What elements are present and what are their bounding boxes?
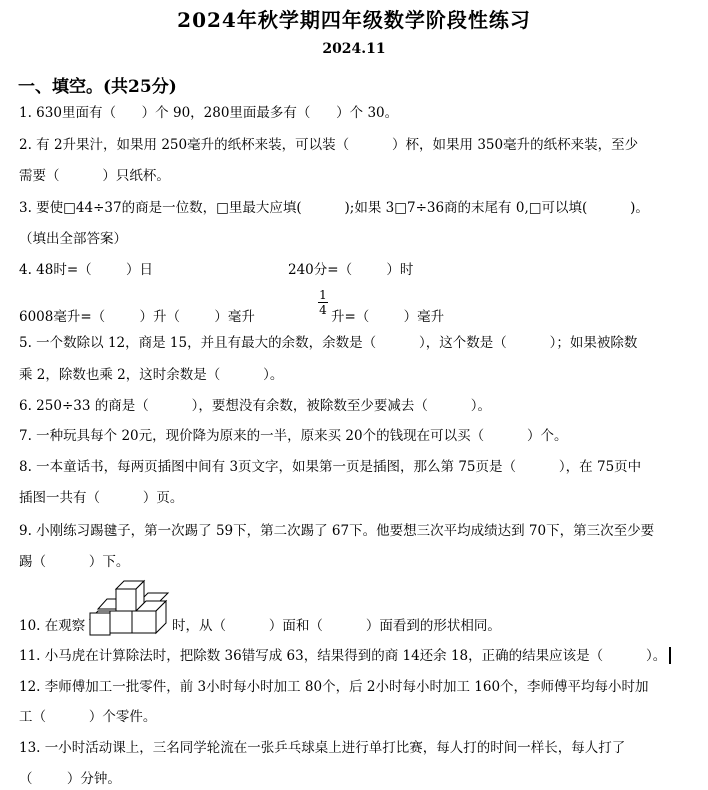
- question-9-line-1: 9. 小刚练习踢毽子，第一次踢了 59下，第二次踢了 67下。他要想三次平均成绩…: [19, 522, 654, 540]
- question-2-line-2: 需要（ ）只纸杯。: [19, 167, 170, 185]
- question-13-line-1: 13. 一小时活动课上，三名同学轮流在一张乒乓球桌上进行单打比赛，每人打的时间一…: [19, 739, 625, 757]
- fraction-numerator: 1: [319, 288, 327, 302]
- fraction-denominator: 4: [319, 303, 327, 317]
- question-10-prefix: 10. 在观察: [19, 617, 85, 635]
- question-1: 1. 630里面有（ ）个 90，280里面最多有（ ）个 30。: [19, 104, 398, 122]
- question-8-line-1: 8. 一本童话书，每两页插图中间有 3页文字，如果第一页是插图，那么第 75页是…: [19, 458, 641, 476]
- page-title: 2024年秋学期四年级数学阶段性练习: [0, 4, 708, 33]
- exam-date: 2024.11: [0, 41, 708, 57]
- question-7: 7. 一种玩具每个 20元，现价降为原来的一半，原来买 20个的钱现在可以买（ …: [19, 427, 568, 445]
- question-4-line-2a: 6008毫升=（ ）升（ ）毫升: [19, 308, 255, 326]
- text-cursor: [669, 647, 671, 664]
- cube-stack-figure: [86, 577, 172, 639]
- question-8-line-2: 插图一共有（ ）页。: [19, 489, 183, 507]
- question-13-line-2: （ ）分钟。: [19, 770, 121, 788]
- question-4-line-1b: 240分=（ ）时: [288, 261, 413, 279]
- section-heading: 一、填空。(共25分): [18, 72, 177, 97]
- question-3-line-1: 3. 要使□44÷37的商是一位数，□里最大应填( );如果 3□7÷36商的末…: [19, 199, 649, 217]
- question-11: 11. 小马虎在计算除法时，把除数 36错写成 63，结果得到的商 14还余 1…: [19, 647, 666, 665]
- question-10-suffix: 时，从（ ）面和（ ）面看到的形状相同。: [172, 617, 501, 635]
- question-2-line-1: 2. 有 2升果汁，如果用 250毫升的纸杯来装，可以装（ ）杯，如果用 350…: [19, 136, 638, 154]
- question-9-line-2: 踢（ ）下。: [19, 553, 129, 571]
- fraction-one-quarter: 1 4: [318, 289, 328, 316]
- question-6: 6. 250÷33 的商是（ ），要想没有余数，被除数至少要减去（ ）。: [19, 397, 491, 415]
- question-5-line-1: 5. 一个数除以 12，商是 15，并且有最大的余数，余数是（ ），这个数是（ …: [19, 334, 637, 352]
- question-4-line-2b: 升=（ ）毫升: [331, 308, 444, 326]
- question-12-line-1: 12. 李师傅加工一批零件，前 3小时每小时加工 80个，后 2小时每小时加工 …: [19, 678, 649, 696]
- question-4-line-1a: 4. 48时=（ ）日: [19, 261, 153, 279]
- question-3-line-2: （填出全部答案）: [19, 230, 127, 248]
- question-5-line-2: 乘 2，除数也乘 2，这时余数是（ ）。: [19, 366, 283, 384]
- question-12-line-2: 工（ ）个零件。: [19, 708, 156, 726]
